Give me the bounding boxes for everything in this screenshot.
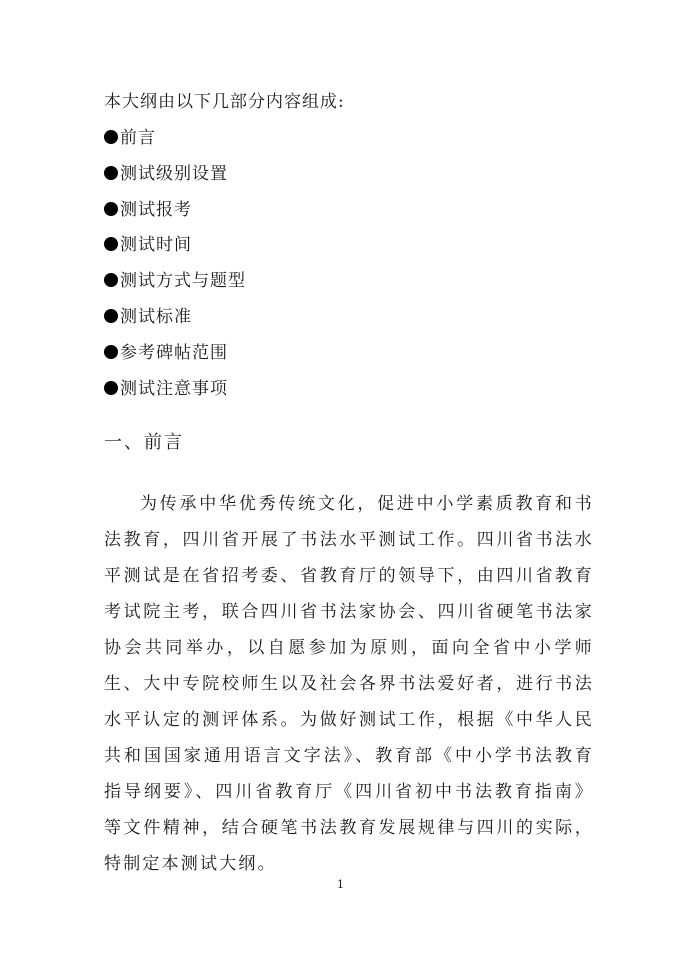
- toc-item-label: 测试级别设置: [120, 164, 228, 184]
- document-page: 本大纲由以下几部分内容组成: 前言 测试级别设置 测试报考 测试时间 测试方式与…: [0, 0, 680, 961]
- bullet-icon: [104, 273, 118, 287]
- toc-item-label: 测试时间: [120, 235, 192, 255]
- toc-item: 测试级别设置: [104, 162, 246, 198]
- intro-text: 本大纲由以下几部分内容组成:: [104, 90, 345, 114]
- toc-item: 前言: [104, 126, 246, 162]
- bullet-icon: [104, 237, 118, 251]
- toc-item: 测试报考: [104, 198, 246, 234]
- bullet-icon: [104, 130, 118, 144]
- toc-item: 参考碑帖范围: [104, 341, 246, 377]
- toc-item-label: 测试标准: [120, 307, 192, 327]
- bullet-icon: [104, 202, 118, 216]
- table-of-contents: 前言 测试级别设置 测试报考 测试时间 测试方式与题型 测试标准 参考碑帖范围 …: [104, 126, 246, 412]
- page-number: 1: [337, 878, 344, 891]
- bullet-icon: [104, 309, 118, 323]
- toc-item: 测试方式与题型: [104, 269, 246, 305]
- section-heading: 一、前言: [104, 430, 184, 456]
- toc-item-label: 测试注意事项: [120, 379, 228, 399]
- bullet-icon: [104, 381, 118, 395]
- toc-item: 测试标准: [104, 305, 246, 341]
- bullet-icon: [104, 166, 118, 180]
- toc-item-label: 参考碑帖范围: [120, 343, 228, 363]
- toc-item-label: 测试报考: [120, 200, 192, 220]
- toc-item: 测试注意事项: [104, 377, 246, 413]
- body-paragraph: 为传承中华优秀传统文化，促进中小学素质教育和书法教育，四川省开展了书法水平测试工…: [104, 486, 594, 882]
- bullet-icon: [104, 345, 118, 359]
- toc-item-label: 测试方式与题型: [120, 271, 246, 291]
- toc-item: 测试时间: [104, 233, 246, 269]
- toc-item-label: 前言: [120, 128, 156, 148]
